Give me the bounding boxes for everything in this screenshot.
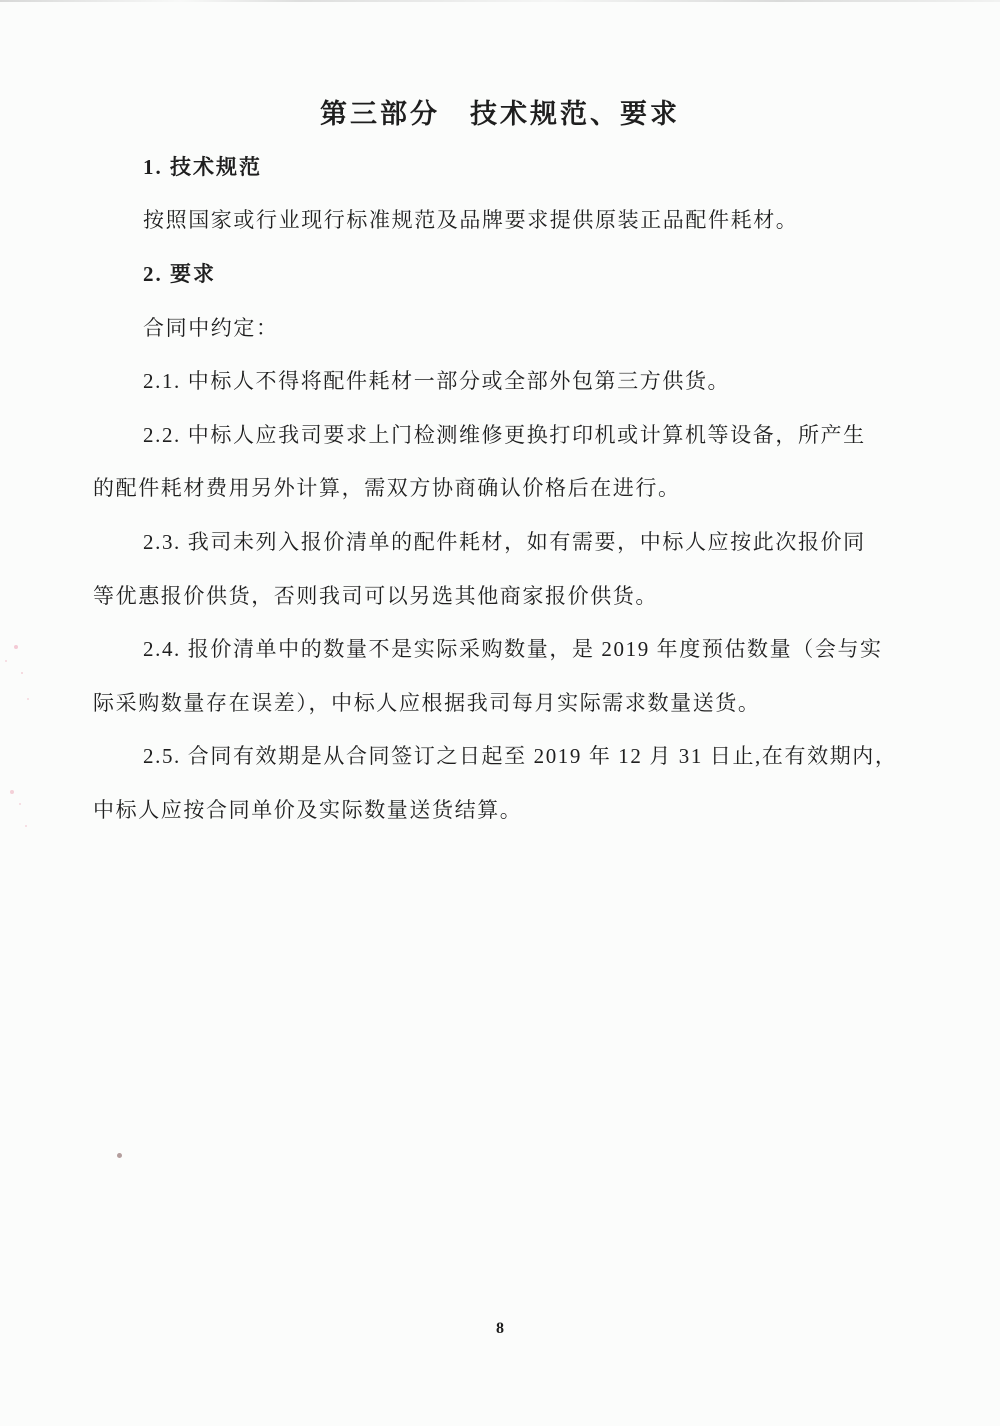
section-heading-line: 1. 技术规范 bbox=[93, 139, 940, 193]
text-line: 合同中约定： bbox=[93, 300, 940, 354]
text-line: 按照国家或行业现行标准规范及品牌要求提供原装正品配件耗材。 bbox=[93, 193, 940, 247]
section-heading-line: 2. 要求 bbox=[93, 246, 940, 300]
stamp-ink-bleed-artifact bbox=[14, 645, 18, 649]
text-line: 的配件耗材费用另外计算，需双方协商确认价格后在进行。 bbox=[93, 461, 940, 515]
text-line: 2.2. 中标人应我司要求上门检测维修更换打印机或计算机等设备，所产生 bbox=[93, 407, 940, 461]
stamp-ink-bleed-artifact bbox=[10, 790, 14, 794]
text-line: 中标人应按合同单价及实际数量送货结算。 bbox=[93, 782, 940, 836]
text-line: 2.4. 报价清单中的数量不是实际采购数量，是 2019 年度预估数量（会与实 bbox=[93, 621, 940, 675]
text-line: 2.5. 合同有效期是从合同签订之日起至 2019 年 12 月 31 日止,在… bbox=[93, 729, 940, 783]
text-line: 2.3. 我司未列入报价清单的配件耗材，如有需要，中标人应按此次报价同 bbox=[93, 514, 940, 568]
scan-speck-artifact bbox=[117, 1153, 122, 1158]
document-body: 1. 技术规范按照国家或行业现行标准规范及品牌要求提供原装正品配件耗材。2. 要… bbox=[93, 139, 940, 836]
document-title: 第三部分 技术规范、要求 bbox=[0, 92, 1000, 131]
scanner-edge-artifact bbox=[0, 0, 1000, 2]
text-line: 际采购数量存在误差），中标人应根据我司每月实际需求数量送货。 bbox=[93, 675, 940, 729]
page-number: 8 bbox=[0, 1320, 1000, 1338]
scanned-document-page: 第三部分 技术规范、要求 1. 技术规范按照国家或行业现行标准规范及品牌要求提供… bbox=[0, 0, 1000, 1426]
text-line: 2.1. 中标人不得将配件耗材一部分或全部外包第三方供货。 bbox=[93, 353, 940, 407]
text-line: 等优惠报价供货，否则我司可以另选其他商家报价供货。 bbox=[93, 568, 940, 622]
